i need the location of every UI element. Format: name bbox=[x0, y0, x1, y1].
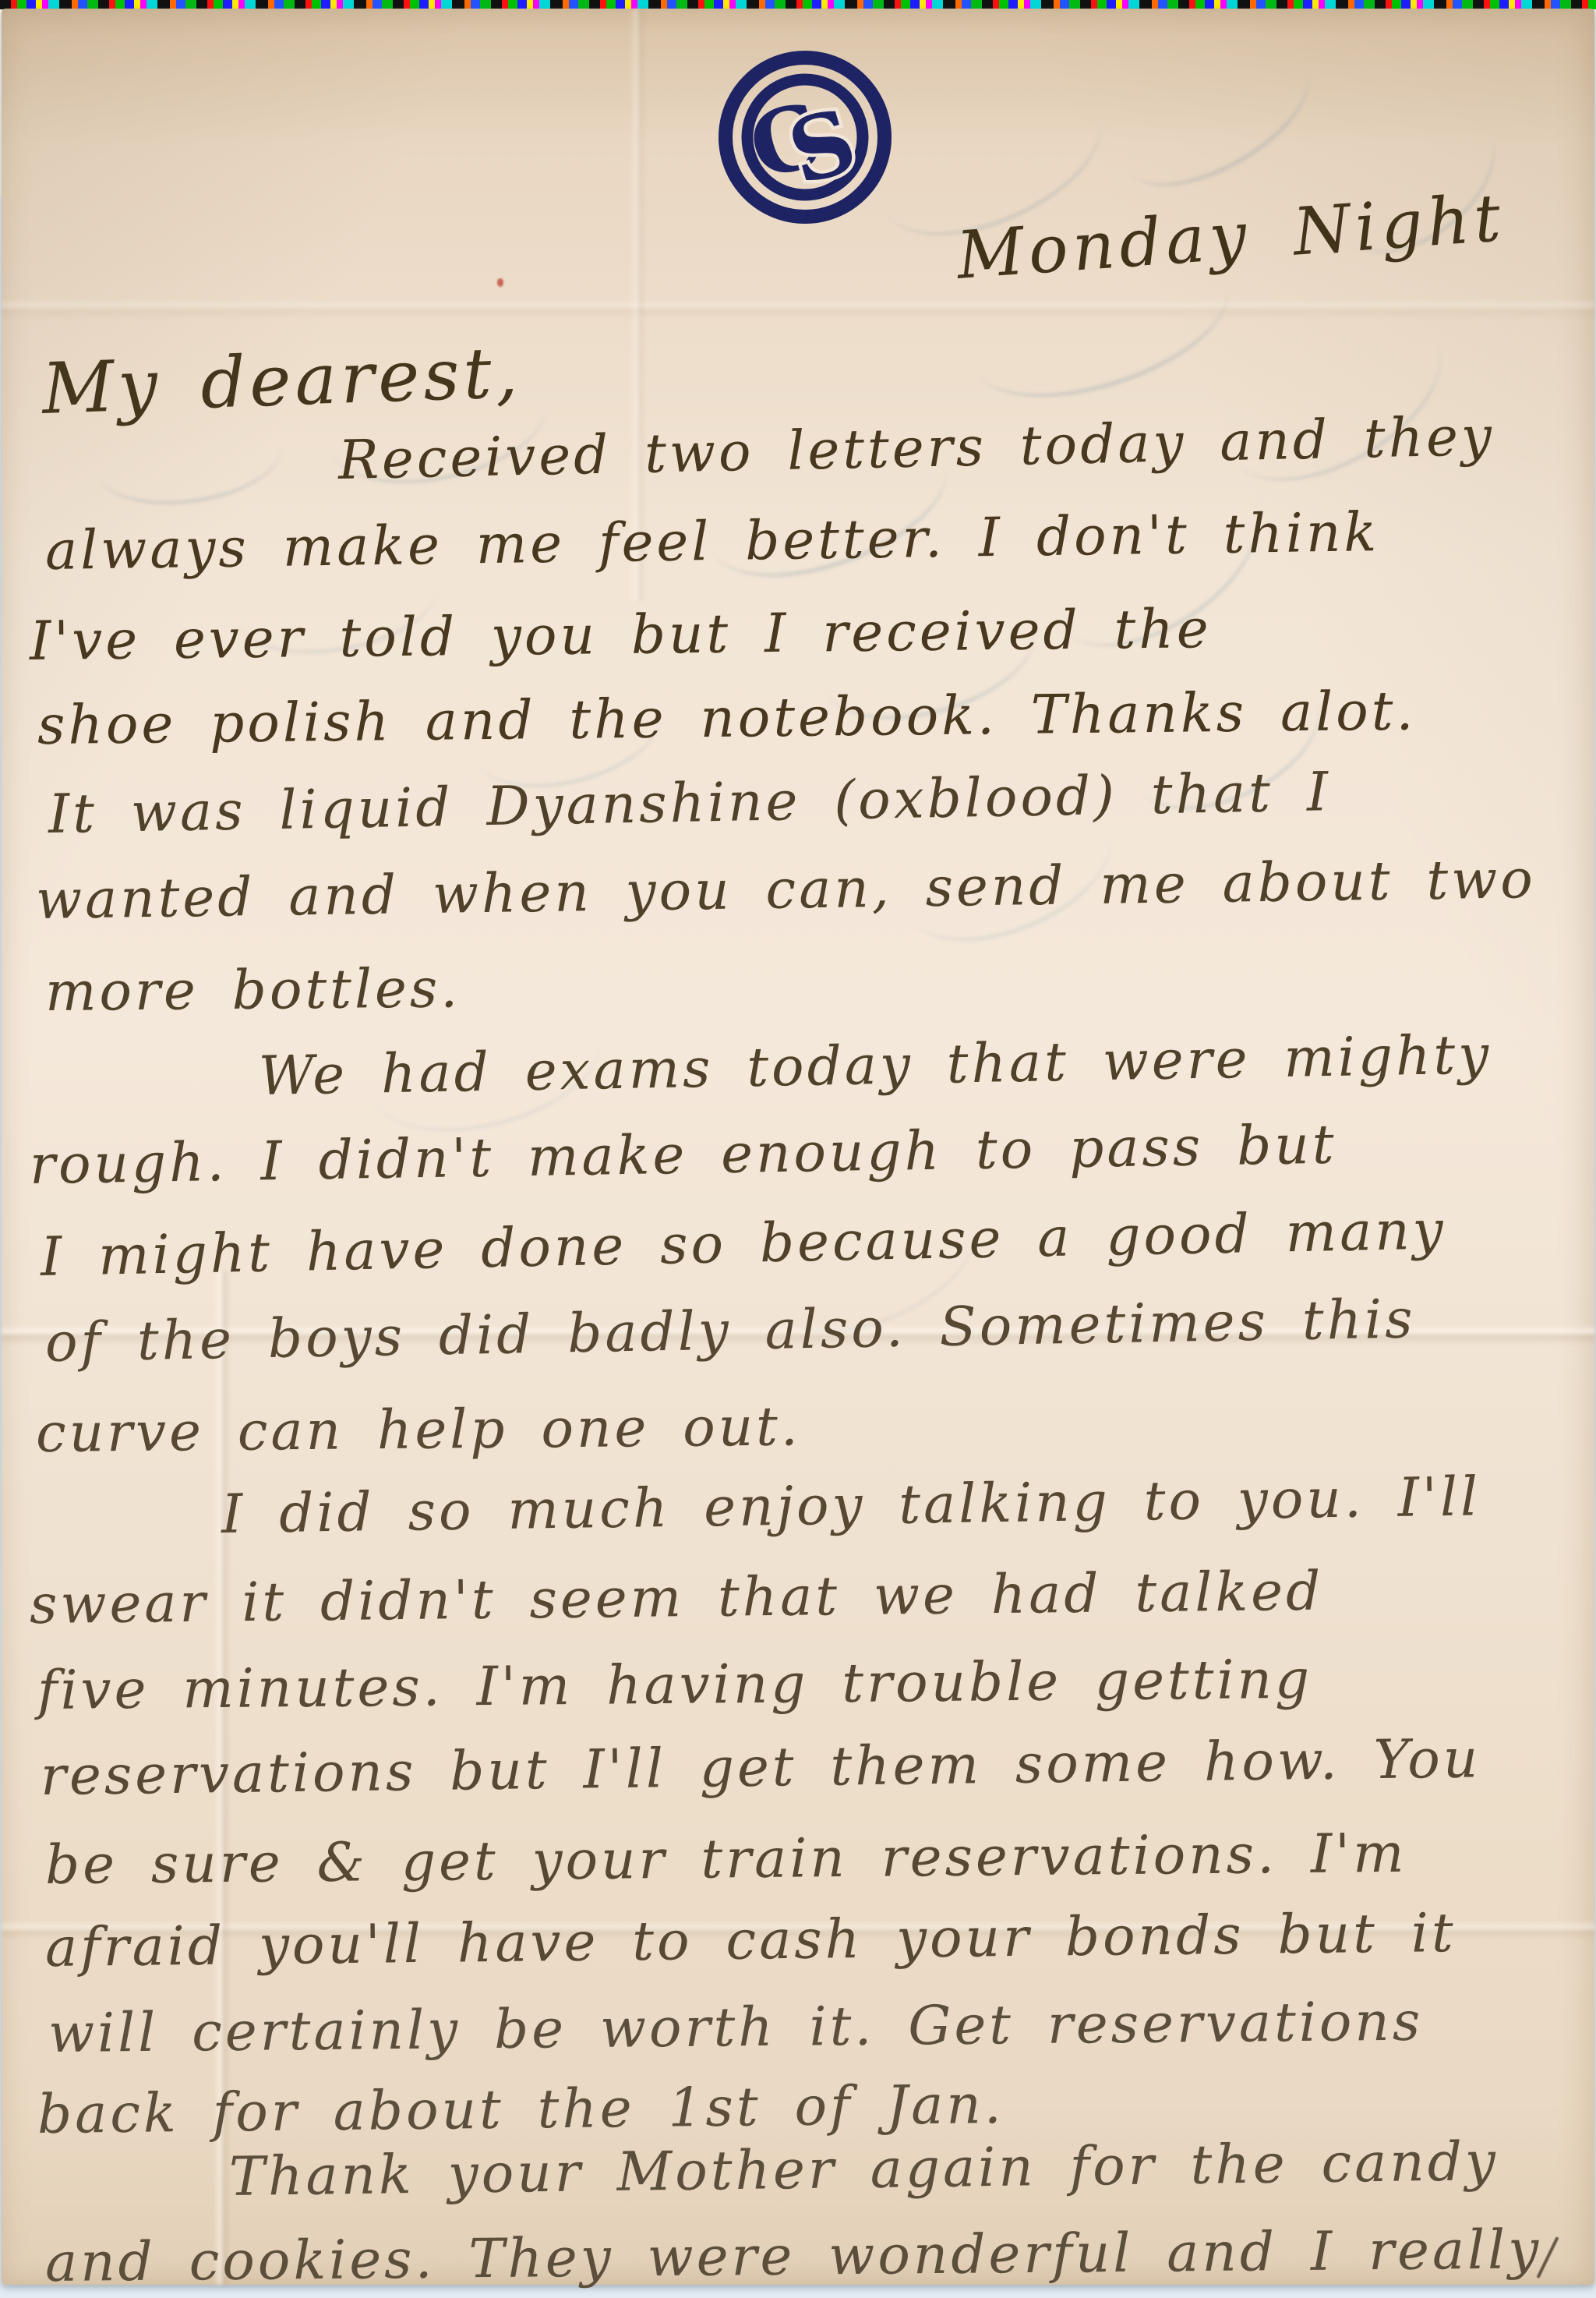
letter-paper: C S Monday Night My dearest, Received tw… bbox=[2, 9, 1594, 2285]
letter-line: swear it didn't seem that we had talked bbox=[30, 1561, 1324, 1636]
letterhead-logo: C S bbox=[717, 49, 893, 225]
red-ink-speck bbox=[497, 278, 503, 287]
letter-line: It was liquid Dyanshine (oxblood) that I bbox=[48, 761, 1331, 846]
letter-line: We had exams today that were mighty bbox=[258, 1023, 1492, 1108]
letter-line: I did so much enjoy talking to you. I'll bbox=[221, 1465, 1481, 1546]
letter-line: wanted and when you can, send me about t… bbox=[35, 848, 1536, 932]
letter-line: and cookies. They were wonderful and I r… bbox=[45, 2218, 1542, 2294]
letter-line: curve can help one out. bbox=[36, 1395, 801, 1465]
fold-crease-horizontal bbox=[2, 299, 1594, 319]
letter-line: I might have done so because a good many bbox=[40, 1199, 1446, 1289]
cs-monogram-icon: C S bbox=[717, 49, 893, 225]
letter-line: be sure & get your train reservations. I… bbox=[45, 1822, 1407, 1897]
date-line: Monday Night bbox=[955, 179, 1508, 294]
letter-line: always make me feel better. I don't thin… bbox=[44, 501, 1379, 582]
letter-line: afraid you'll have to cash your bonds bu… bbox=[45, 1902, 1457, 1979]
letter-line: will certainly be worth it. Get reservat… bbox=[48, 1991, 1424, 2065]
letter-line: of the boys did badly also. Sometimes th… bbox=[44, 1288, 1416, 1374]
salutation: My dearest, bbox=[41, 332, 523, 430]
letter-line: I've ever told you but I received the bbox=[30, 598, 1212, 673]
scanned-letter-page: { "document_type": "handwritten-letter-s… bbox=[0, 0, 1596, 2298]
letter-line: more bottles. bbox=[45, 957, 461, 1023]
letter-line: Received two letters today and they bbox=[337, 405, 1495, 492]
letter-line: reservations but I'll get them some how.… bbox=[41, 1727, 1481, 1808]
letter-line: five minutes. I'm having trouble getting bbox=[37, 1649, 1313, 1722]
letter-line: Thank your Mother again for the candy bbox=[229, 2130, 1499, 2208]
letter-line: shoe polish and the notebook. Thanks alo… bbox=[37, 680, 1417, 757]
letter-line: rough. I didn't make enough to pass but bbox=[29, 1114, 1337, 1197]
letter-line: back for about the 1st of Jan. bbox=[37, 2074, 1005, 2146]
